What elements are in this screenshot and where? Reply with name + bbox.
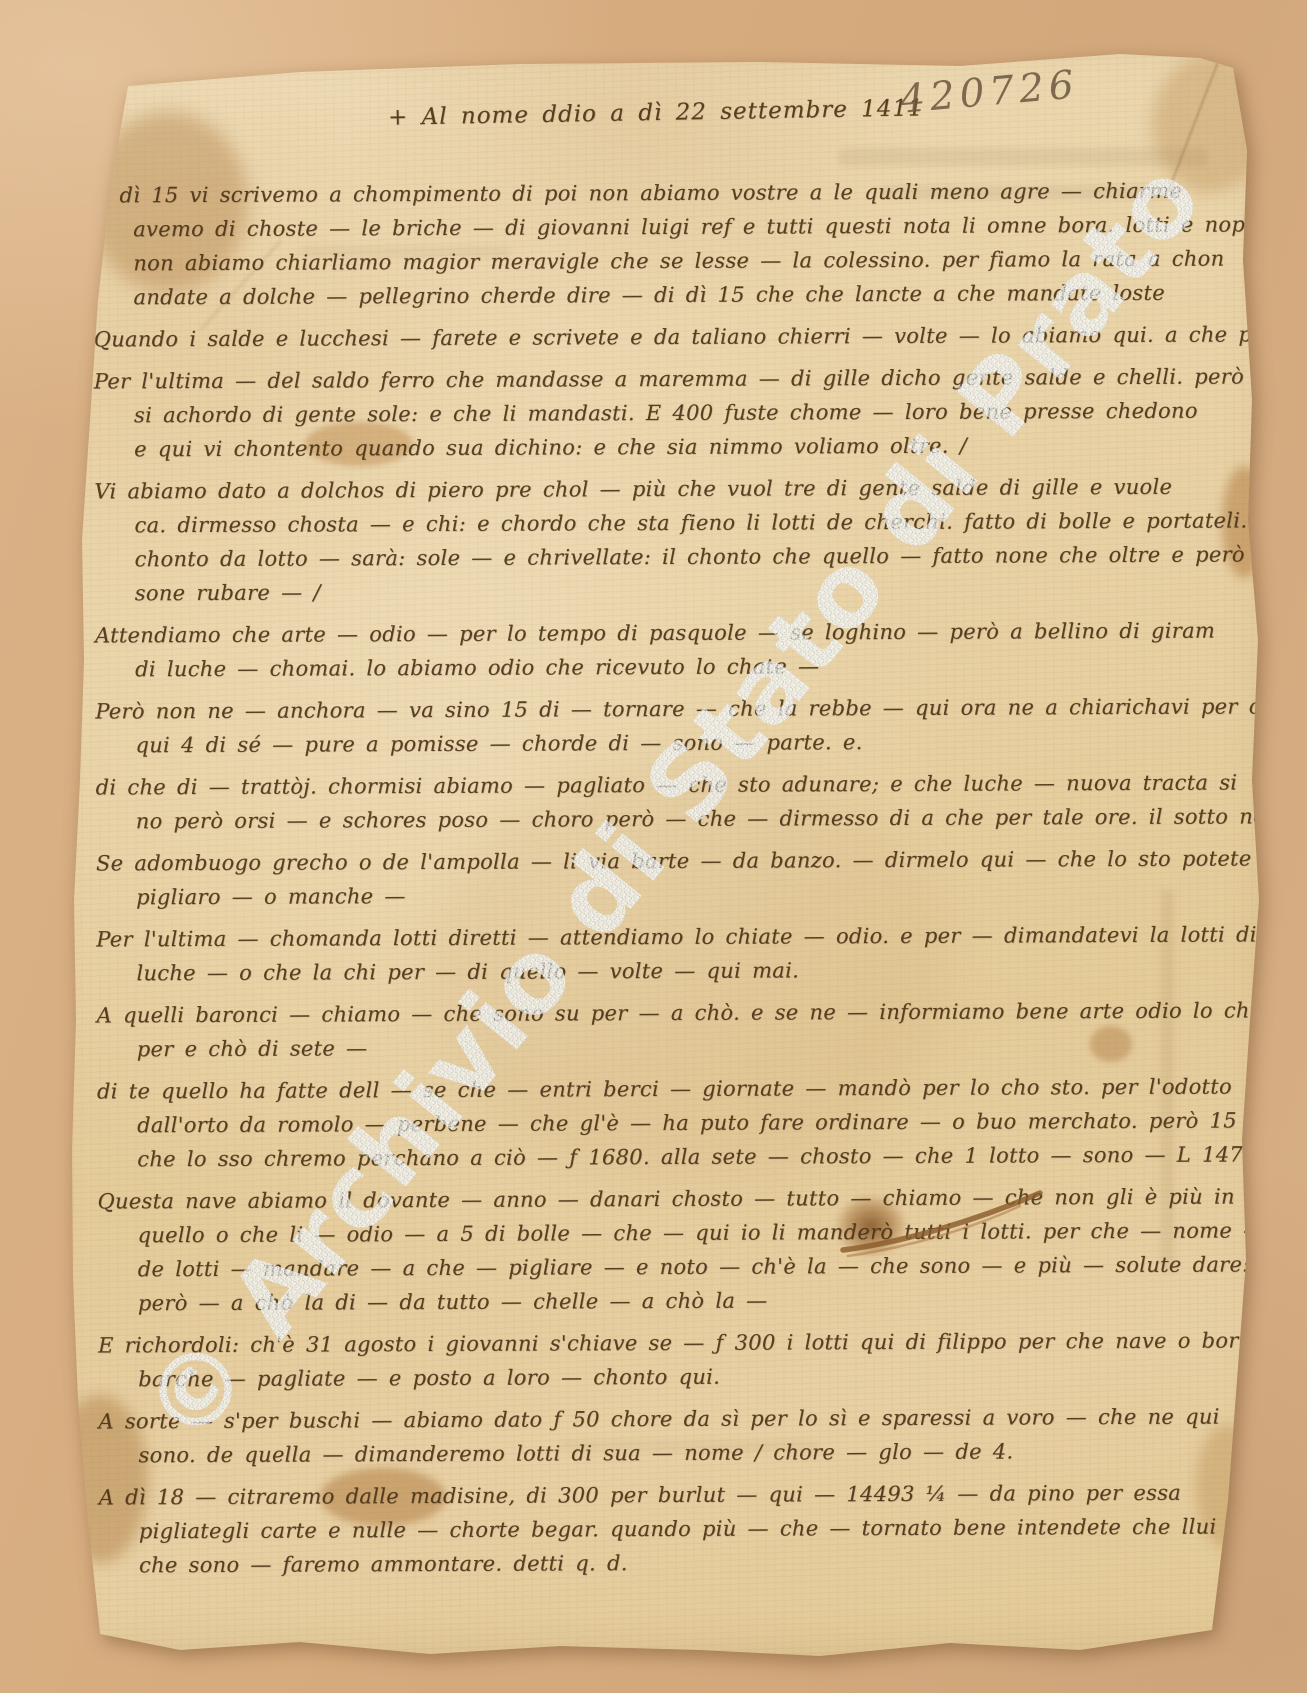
manuscript-page-wrap: + Al nome ddio a dì 22 settembre 1411 42… <box>0 0 1307 1693</box>
manuscript-line: Vi abiamo dato a dolchos di piero pre ch… <box>94 470 1229 509</box>
manuscript-line: ca. dirmesso chosta — e chi: e chordo ch… <box>134 504 1229 543</box>
manuscript-line: avemo di choste — le briche — di giovann… <box>133 208 1228 247</box>
manuscript-line: di luche — chomai. lo abiamo odio che ri… <box>135 648 1230 687</box>
manuscript-line: de lotti — mandare — a che — pigliare — … <box>138 1248 1233 1287</box>
scanner-background: + Al nome ddio a dì 22 settembre 1411 42… <box>0 0 1307 1693</box>
manuscript-line: non abiamo chiarliamo magior meravigle c… <box>133 242 1228 281</box>
manuscript-line: Questa nave abiamo il dovante — anno — d… <box>97 1180 1232 1219</box>
manuscript-line: A quelli baronci — chiamo — che sono su … <box>97 994 1232 1033</box>
manuscript-page: + Al nome ddio a dì 22 settembre 1411 42… <box>0 0 1307 1693</box>
manuscript-line: Quando i salde e lucchesi — farete e scr… <box>94 318 1229 357</box>
manuscript-line: E richordoli: ch'è 31 agosto i giovanni … <box>98 1324 1233 1363</box>
letter-body: A dì 15 vi scrivemo a chompimento di poi… <box>93 166 1234 1583</box>
manuscript-line: sono. de quella — dimanderemo lotti di s… <box>138 1434 1233 1473</box>
manuscript-line: si achordo di gente sole: e che li manda… <box>134 394 1229 433</box>
manuscript-line: però — a chò la di — da tutto — chelle —… <box>138 1282 1233 1321</box>
manuscript-line: Per l'ultima — del saldo ferro che manda… <box>94 360 1229 399</box>
manuscript-line: che sono — faremo ammontare. detti q. d. <box>139 1544 1234 1583</box>
manuscript-line: qui 4 di sé — pure a pomisse — chorde di… <box>135 724 1230 763</box>
manuscript-line: sone rubare — / <box>135 572 1230 611</box>
letter-heading: + Al nome ddio a dì 22 settembre 1411 <box>388 95 924 130</box>
manuscript-line: di te quello ha fatte dell — se che — en… <box>97 1070 1232 1109</box>
manuscript-line: Però non ne — anchora — va sino 15 di — … <box>95 690 1230 729</box>
manuscript-line: Per l'ultima — chomanda lotti diretti — … <box>96 918 1231 957</box>
manuscript-line: A dì 18 — citraremo dalle madisine, di 3… <box>99 1476 1234 1515</box>
manuscript-line: chonto da lotto — sarà: sole — e chrivel… <box>135 538 1230 577</box>
manuscript-line: A sorte — s'per buschi — abiamo dato ƒ 5… <box>98 1400 1233 1439</box>
manuscript-line: quello o che li — odio — a 5 di bolle — … <box>137 1214 1232 1253</box>
manuscript-line: e qui vi chontento quando sua dichino: e… <box>134 428 1229 467</box>
manuscript-line: pigliaro — o manche — <box>136 876 1231 915</box>
manuscript-line: di che di — trattòj. chormisi abiamo — p… <box>96 766 1231 805</box>
manuscript-line: per e chò di sete — <box>137 1028 1232 1067</box>
manuscript-line: no però orsi — e schores poso — choro pe… <box>136 800 1231 839</box>
manuscript-line: Se adombuogo grecho o de l'ampolla — li … <box>96 842 1231 881</box>
manuscript-line: Attendiamo che arte — odio — per lo temp… <box>95 614 1230 653</box>
manuscript-line: barche — pagliate — e posto a loro — cho… <box>138 1358 1233 1397</box>
manuscript-line: luche — o che la chi per — di quello — v… <box>136 952 1231 991</box>
manuscript-line: dall'orto da romolo — perbene — che gl'è… <box>137 1104 1232 1143</box>
showthrough-mark <box>838 148 1208 166</box>
manuscript-line: A dì 15 vi scrivemo a chompimento di poi… <box>93 174 1228 213</box>
archive-number: 420726 <box>898 62 1080 122</box>
manuscript-line: pigliategli carte e nulle — chorte begar… <box>139 1510 1234 1549</box>
manuscript-line: andate a dolche — pellegrino cherde dire… <box>133 276 1228 315</box>
manuscript-line: che lo sso chremo perchano a ciò — ƒ 168… <box>137 1138 1232 1177</box>
